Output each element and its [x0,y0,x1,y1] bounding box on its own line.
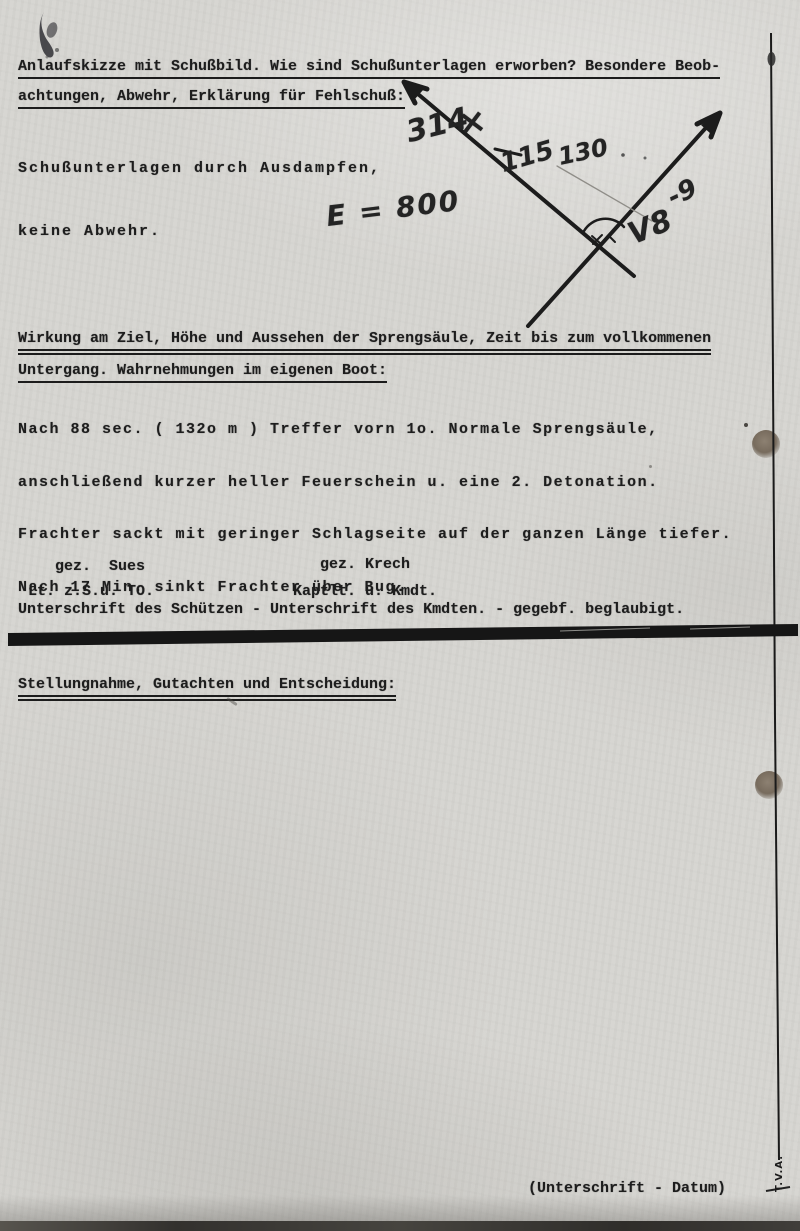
shooter-title: Lt. z.S.u. TO. [28,583,154,600]
torpedo-track-arrowhead [697,113,720,137]
bottom-shadow [0,1195,800,1221]
hw-speed: V8 [623,203,677,252]
hw-x-mark: × [455,100,489,144]
hw-value-115: 115 [497,135,557,179]
pen-dot [621,153,625,157]
angle-arc [584,219,624,231]
angle-scribble [592,235,615,244]
effect-body-line3: Frachter sackt mit geringer Schlagseite … [18,526,732,544]
target-course-arrowhead [404,82,427,103]
effect-heading-line2: Untergang. Wahrnehmungen im eigenen Boot… [18,362,387,379]
scanned-report-page: Anlaufskizze mit Schußbild. Wie sind Sch… [0,0,800,1231]
edge-line-blob [768,52,776,66]
signature-caption: Unterschrift des Schützen - Unterschrift… [18,601,684,618]
hw-value-130: 130 [556,133,611,171]
archive-edge-stamp: T.V.A. [774,1155,785,1192]
commander-title: Kaptlt. u. Kmdt. [293,583,437,600]
sketch-body-line1: Schußunterlagen durch Ausdampfen, [18,158,381,179]
sketch-heading-line1: Anlaufskizze mit Schußbild. Wie sind Sch… [18,58,720,75]
decision-heading: Stellungnahme, Gutachten und Entscheidun… [18,676,396,701]
speck [649,465,652,468]
scan-bottom-edge [0,1221,800,1231]
torpedo-track-arrow-shaft [528,121,712,326]
ink-smudge [39,12,59,59]
effect-body-line1: Nach 88 sec. ( 132o m ) Treffer vorn 1o.… [18,421,732,439]
commander-signature: gez. Krech [320,556,410,573]
hw-exponent: -9 [663,173,702,212]
effect-heading-line1: Wirkung am Ziel, Höhe und Aussehen der S… [18,330,711,355]
rust-spot-top [752,430,780,458]
speck [744,423,748,427]
page-edge-line [771,33,779,1160]
rust-spot-bottom [755,771,783,799]
sketch-heading-line2: achtungen, Abwehr, Erklärung für Fehlsch… [18,88,405,105]
shooter-signature: gez. Sues [55,558,145,575]
pen-dot [644,157,647,160]
effect-body-line2: anschließend kurzer heller Feuerschein u… [18,474,732,492]
